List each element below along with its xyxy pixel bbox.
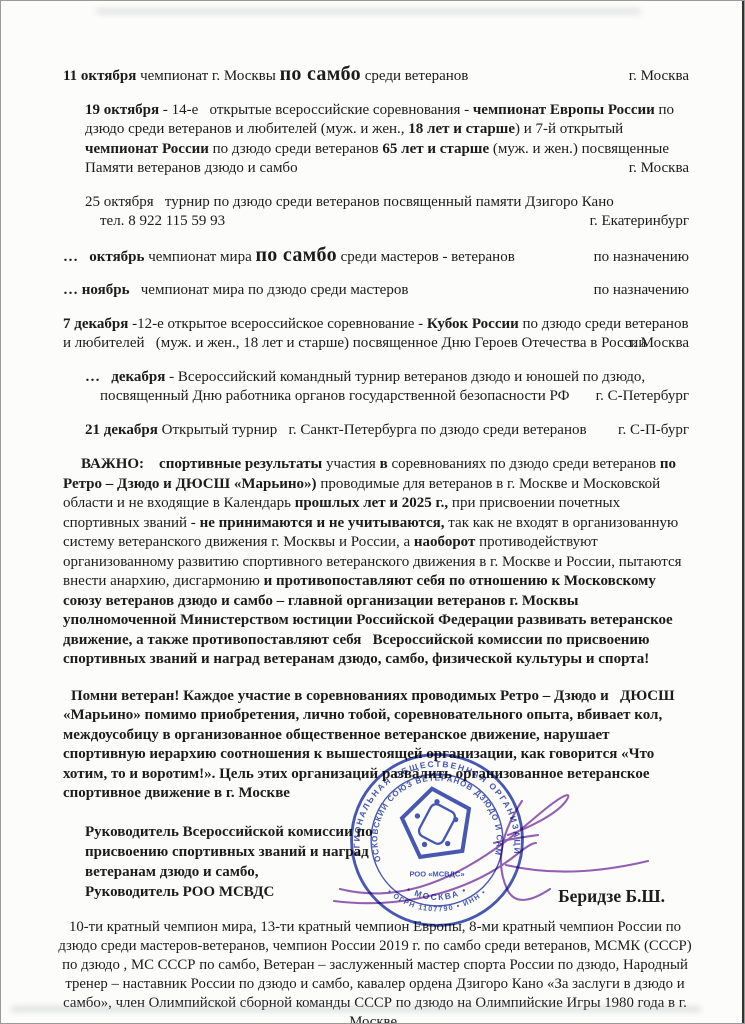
document-page: 11 октября чемпионат г. Москвы по самбо …	[0, 0, 745, 1024]
event-row: … октябрь чемпионат мира по самбо среди …	[63, 246, 689, 268]
text-segment: соревнованиях по дзюдо среди ветеранов	[388, 456, 660, 472]
text-segment: в	[380, 456, 388, 472]
text-segment: 11 октября	[63, 68, 140, 84]
event-location: г. Москва	[629, 334, 689, 354]
text-segment: - Всероссийский командный турнир ветеран…	[165, 369, 645, 385]
important-notice: ВАЖНО: спортивные результаты участия в с…	[63, 455, 689, 670]
event-line: 19 октября - 14-е открытые всероссийские…	[85, 101, 689, 179]
scan-border-edge	[742, 1, 744, 1023]
scan-artifact-top	[96, 8, 641, 15]
event-text: 21 декабря Открытый турнир г. Санкт-Пете…	[85, 421, 689, 441]
text-segment: 19 октября	[85, 102, 159, 118]
event-row: … декабря - Всероссийский командный турн…	[85, 368, 689, 407]
text-segment: - 14-е открытые всероссийские соревнован…	[159, 102, 473, 118]
event-line: … декабря - Всероссийский командный турн…	[85, 368, 689, 388]
text-segment: 18 лет и старше	[408, 121, 515, 137]
event-line: 7 декабря -12-е открытое всероссийское с…	[63, 315, 689, 354]
event-location: г. Москва	[629, 159, 689, 179]
text-segment: … октябрь	[63, 249, 144, 265]
event-row: 7 декабря -12-е открытое всероссийское с…	[63, 315, 689, 354]
event-location: г. С-П-бург	[618, 421, 689, 441]
text-segment: не принимаются и не учитываются,	[200, 515, 445, 531]
event-location: по назначению	[594, 281, 689, 301]
text-segment: Кубок России	[427, 316, 519, 332]
text-segment: участия	[322, 456, 379, 472]
event-line: 21 декабря Открытый турнир г. Санкт-Пете…	[85, 421, 689, 441]
event-row: … ноябрь чемпионат мира по дзюдо среди м…	[63, 281, 689, 301]
text-segment: Открытый турнир г. Санкт-Петербурга по д…	[158, 422, 587, 438]
text-segment: среди мастеров - ветеранов	[337, 249, 515, 265]
event-location: г. Екатеринбург	[590, 212, 689, 232]
text-segment: наоборот	[414, 534, 475, 550]
text-segment: посвященный Дню работника органов госуда…	[100, 388, 569, 404]
text-segment: … декабря	[85, 369, 165, 385]
scan-artifact-bottom	[11, 1006, 701, 1012]
text-segment: чемпионат мира по дзюдо среди мастеров	[130, 282, 409, 298]
text-segment: среди ветеранов	[361, 68, 468, 84]
text-segment: чемпионат России	[85, 141, 209, 157]
events-list: 11 октября чемпионат г. Москвы по самбо …	[63, 65, 689, 440]
text-segment: 25 октября турнир по дзюдо среди ветеран…	[85, 194, 614, 210]
text-segment: 65 лет и старше	[382, 141, 489, 157]
text-segment: тел. 8 922 115 59 93	[100, 213, 225, 229]
event-row: 21 декабря Открытый турнир г. Санкт-Пете…	[85, 421, 689, 441]
event-location: г. С-Петербург	[596, 387, 689, 407]
event-row: 19 октября - 14-е открытые всероссийские…	[85, 101, 689, 179]
event-line: 11 октября чемпионат г. Москвы по самбо …	[63, 65, 689, 87]
text-segment: чемпионат Европы России	[473, 102, 655, 118]
text-segment: -12-е открытое всероссийское соревновани…	[128, 316, 427, 332]
event-location: г. Москва	[629, 67, 689, 87]
event-text: 7 декабря -12-е открытое всероссийское с…	[63, 315, 689, 354]
text-segment: по самбо	[255, 244, 336, 266]
event-row: 11 октября чемпионат г. Москвы по самбо …	[63, 65, 689, 87]
text-segment: прошлых лет и 2025 г.,	[295, 495, 448, 511]
text-segment: по самбо	[280, 63, 361, 85]
text-segment: ВАЖНО: спортивные результаты	[81, 456, 322, 472]
event-text: 19 октября - 14-е открытые всероссийские…	[85, 101, 689, 179]
text-segment: … ноябрь	[63, 282, 130, 298]
text-segment: чемпионат г. Москвы	[140, 68, 280, 84]
handwritten-signature-icon	[326, 743, 656, 913]
text-segment: ) и 7-й открытый	[515, 121, 623, 137]
event-text: 11 октября чемпионат г. Москвы по самбо …	[63, 65, 689, 87]
text-segment: чемпионат мира	[144, 249, 255, 265]
text-segment: 21 декабря	[85, 422, 158, 438]
event-row: 25 октября турнир по дзюдо среди ветеран…	[85, 193, 689, 232]
event-line: 25 октября турнир по дзюдо среди ветеран…	[85, 193, 689, 213]
text-segment: по дзюдо среди ветеранов	[209, 141, 383, 157]
text-segment: 7 декабря	[63, 316, 128, 332]
event-location: по назначению	[594, 248, 689, 268]
